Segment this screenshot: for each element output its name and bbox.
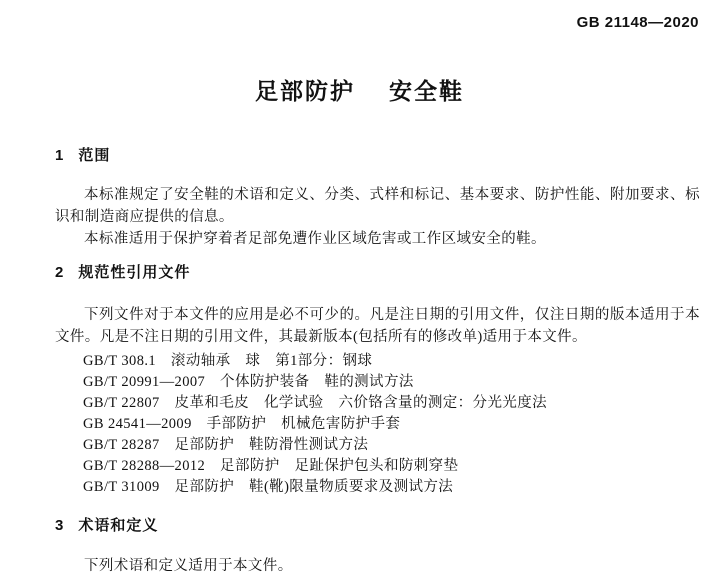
- reference-item: GB/T 28287 足部防护 鞋防滑性测试方法: [55, 435, 700, 456]
- section-3-body: 下列术语和定义适用于本文件。: [55, 555, 700, 577]
- section-2-title: 规范性引用文件: [78, 264, 190, 281]
- doc-number: GB 21148—2020: [577, 14, 699, 31]
- document-title: 足部防护安全鞋: [0, 77, 719, 105]
- section-2-body: 下列文件对于本文件的应用是必不可少的。凡是注日期的引用文件，仅注日期的版本适用于…: [55, 304, 700, 348]
- reference-item: GB/T 20991—2007 个体防护装备 鞋的测试方法: [55, 372, 700, 393]
- document-title-right: 安全鞋: [389, 78, 464, 104]
- paragraph: 下列文件对于本文件的应用是必不可少的。凡是注日期的引用文件，仅注日期的版本适用于…: [55, 304, 700, 348]
- paragraph: 本标准规定了安全鞋的术语和定义、分类、式样和标记、基本要求、防护性能、附加要求、…: [55, 184, 700, 228]
- document-title-left: 足部防护: [255, 78, 355, 104]
- normative-reference-list: GB/T 308.1 滚动轴承 球 第1部分：钢球 GB/T 20991—200…: [55, 351, 700, 498]
- reference-item: GB/T 308.1 滚动轴承 球 第1部分：钢球: [55, 351, 700, 372]
- document-page: GB 21148—2020 足部防护安全鞋 1范围 本标准规定了安全鞋的术语和定…: [0, 0, 719, 579]
- section-2-number: 2: [55, 264, 64, 282]
- doc-number-header: GB 21148—2020: [0, 0, 719, 32]
- reference-item: GB/T 28288—2012 足部防护 足趾保护包头和防刺穿垫: [55, 456, 700, 477]
- section-1-body: 本标准规定了安全鞋的术语和定义、分类、式样和标记、基本要求、防护性能、附加要求、…: [55, 184, 700, 250]
- reference-item: GB/T 31009 足部防护 鞋(靴)限量物质要求及测试方法: [55, 477, 700, 498]
- section-1-title: 范围: [78, 147, 110, 164]
- document-content: 1范围 本标准规定了安全鞋的术语和定义、分类、式样和标记、基本要求、防护性能、附…: [0, 147, 719, 577]
- reference-item: GB 24541—2009 手部防护 机械危害防护手套: [55, 414, 700, 435]
- section-1-number: 1: [55, 147, 64, 165]
- section-3-number: 3: [55, 517, 64, 535]
- section-3-title: 术语和定义: [78, 517, 158, 534]
- paragraph: 本标准适用于保护穿着者足部免遭作业区域危害或工作区域安全的鞋。: [55, 228, 700, 250]
- section-2-heading: 2规范性引用文件: [55, 264, 700, 282]
- reference-item: GB/T 22807 皮革和毛皮 化学试验 六价铬含量的测定：分光光度法: [55, 393, 700, 414]
- paragraph: 下列术语和定义适用于本文件。: [55, 555, 700, 577]
- section-1-heading: 1范围: [55, 147, 700, 165]
- section-3-heading: 3术语和定义: [55, 517, 700, 535]
